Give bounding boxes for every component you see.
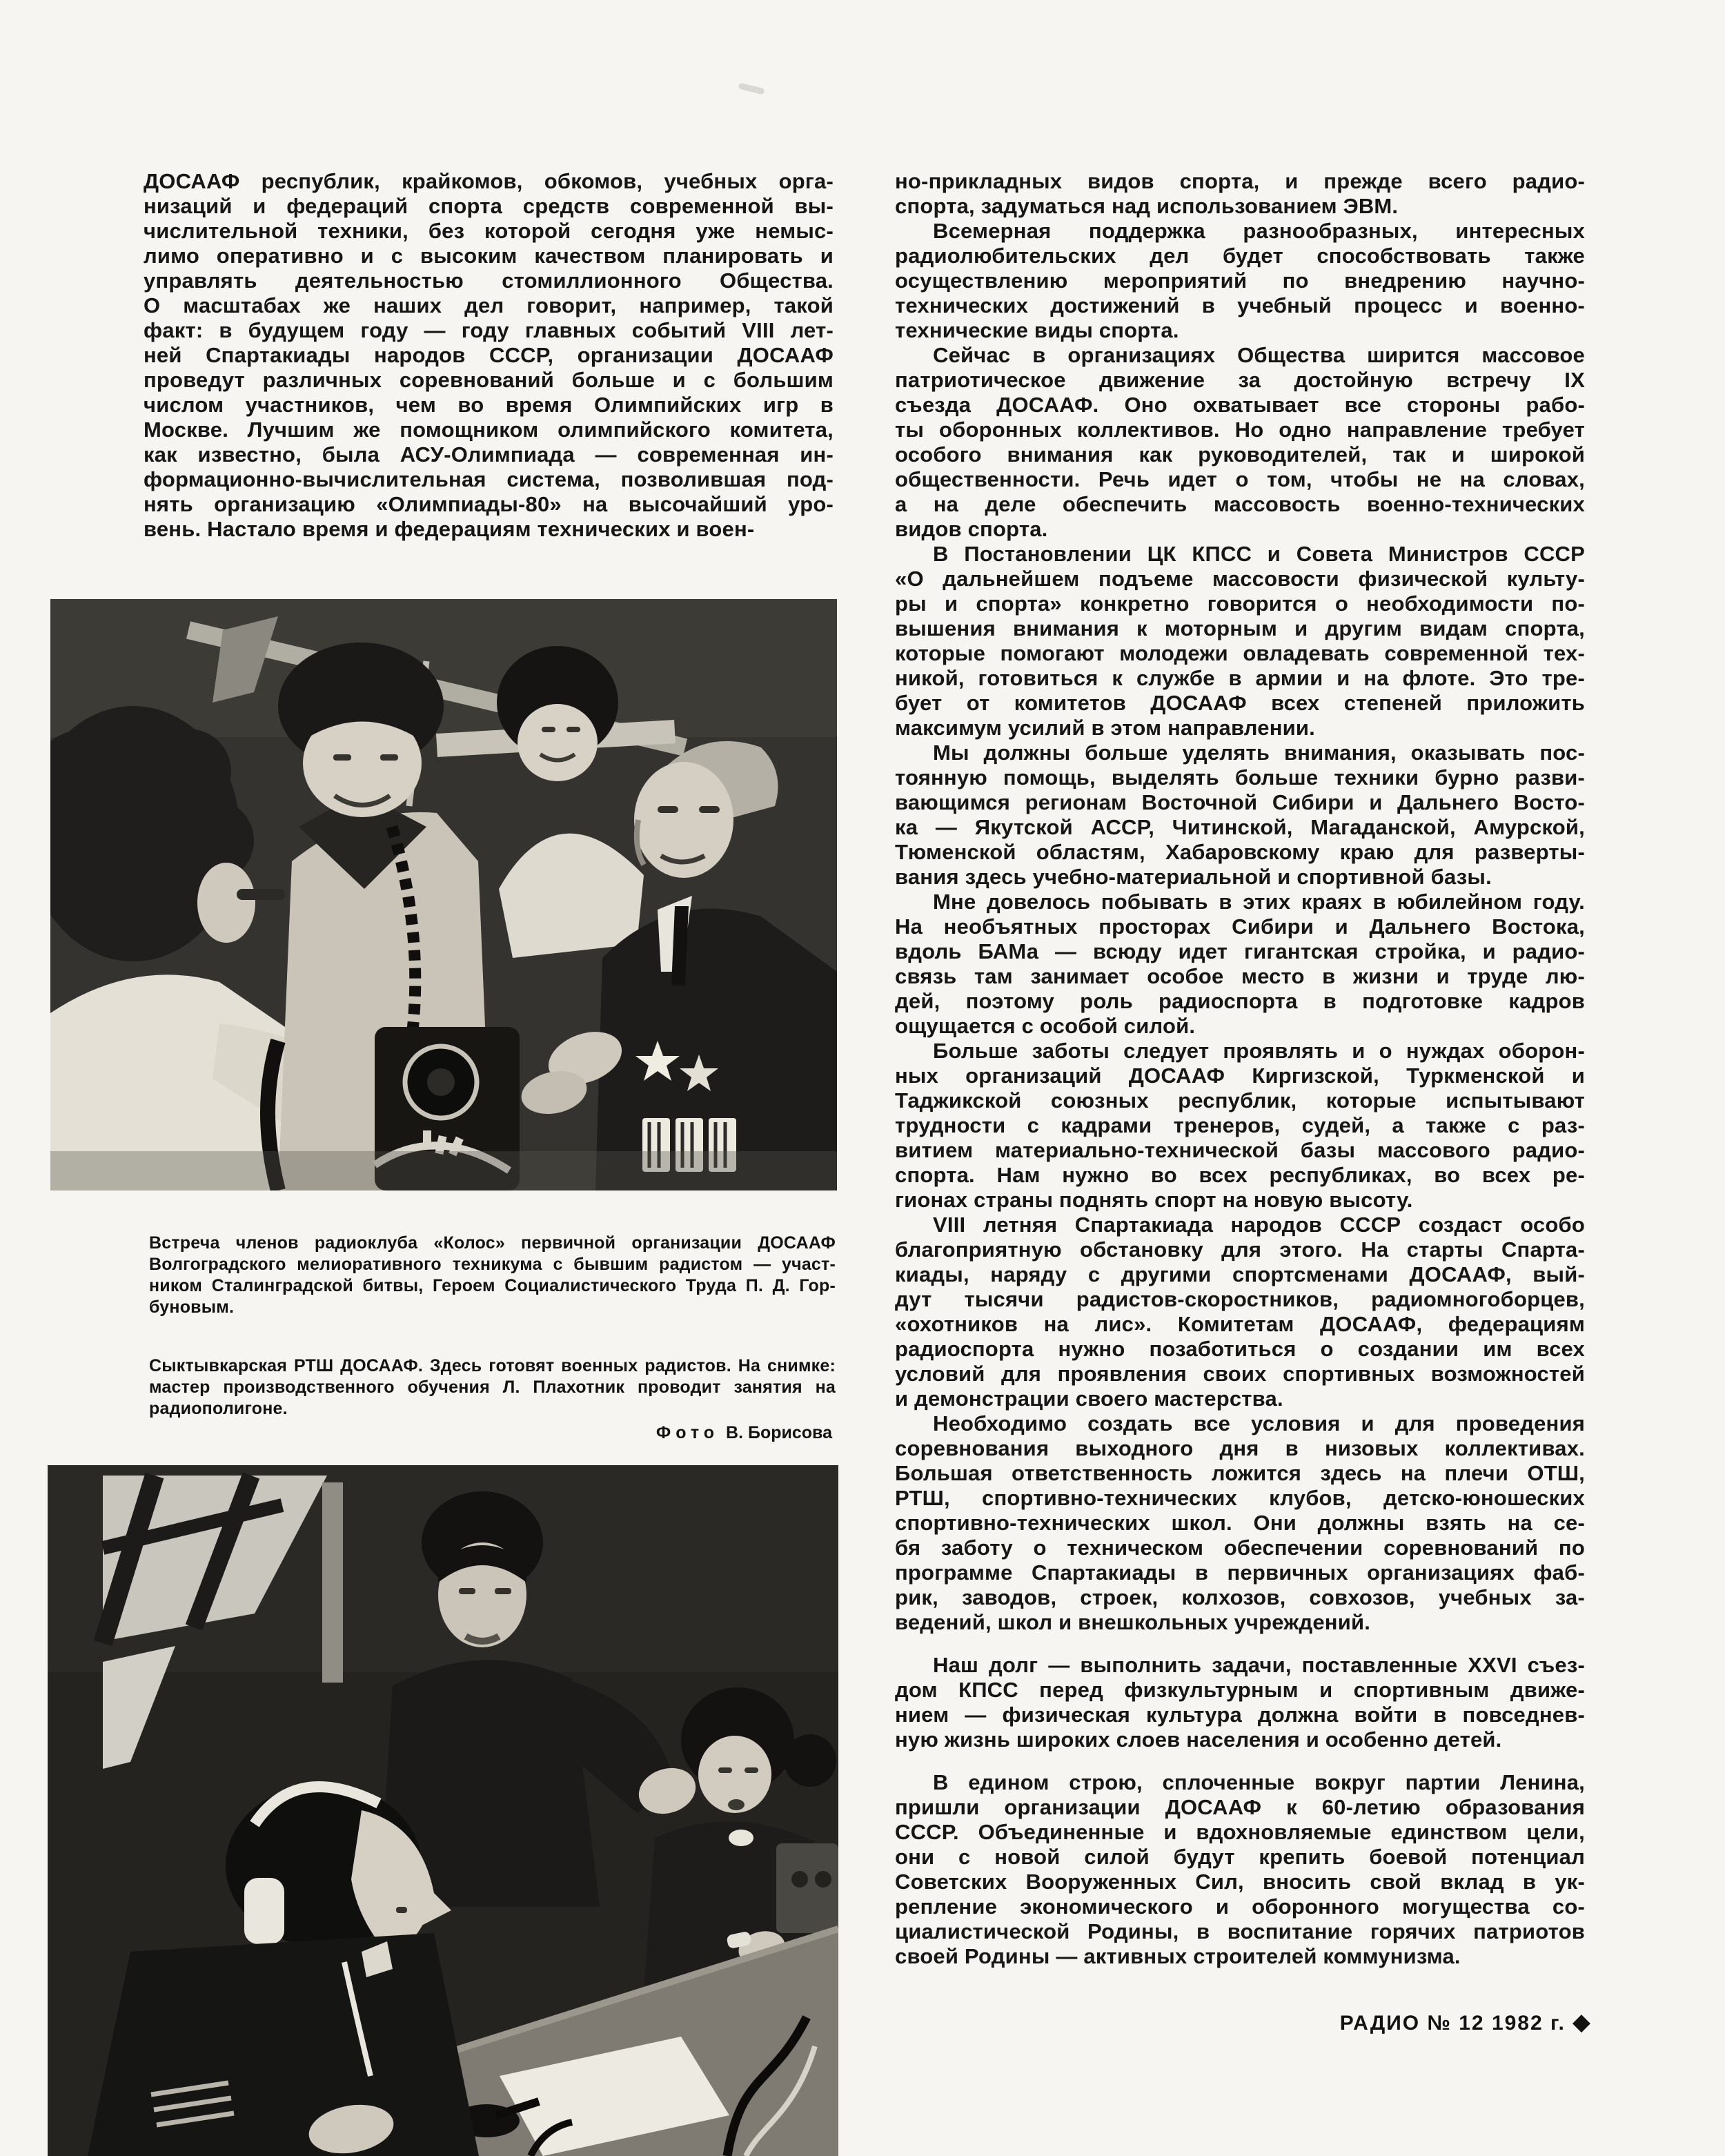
text-line: осуществлению мероприятий по внедрению н… xyxy=(895,268,1585,293)
paragraph: В Постановлении ЦК КПСС и Совета Министр… xyxy=(895,542,1585,741)
text-line: бует от комитетов ДОСААФ всех степеней п… xyxy=(895,691,1585,716)
photo-radio-school-training xyxy=(48,1465,838,2156)
text-line: съезда ДОСААФ. Оно охватывает все сторон… xyxy=(895,393,1585,418)
paragraph: Встреча членов радиоклуба «Колос» первич… xyxy=(149,1233,836,1318)
text-line: управлять деятельностью стомиллионного О… xyxy=(144,268,834,293)
text-line: технические виды спорта. xyxy=(895,318,1585,343)
paragraph: Больше заботы следует проявлять и о нужд… xyxy=(895,1039,1585,1213)
text-line: никой, готовиться к службе в армии и на … xyxy=(895,666,1585,691)
text-line: спорта. Нам нужно во всех республиках, в… xyxy=(895,1163,1585,1188)
text-line: дом КПСС перед физкультурным и спортивны… xyxy=(895,1678,1585,1703)
text-line: Наш долг — выполнить задачи, поставленны… xyxy=(895,1653,1585,1678)
text-line: особого внимания как руководителей, так … xyxy=(895,442,1585,467)
text-line: Советских Вооруженных Сил, вносить свой … xyxy=(895,1870,1585,1894)
text-line: они с новой силой будут крепить боевой п… xyxy=(895,1845,1585,1870)
photo-credit-name: В. Борисова xyxy=(726,1423,832,1442)
text-line: числом участников, чем во время Олимпийс… xyxy=(144,393,834,418)
text-line: своей Родины — активных строителей комму… xyxy=(895,1944,1585,1969)
text-line: Москве. Лучшим же помощником олимпийског… xyxy=(144,418,834,442)
photo-radio-club-meeting xyxy=(50,599,837,1190)
text-line: проведут различных соревнований больше и… xyxy=(144,368,834,393)
right-column-text: но-прикладных видов спорта, и прежде все… xyxy=(895,169,1585,1969)
text-line: трудности с кадрами тренеров, судей, а т… xyxy=(895,1113,1585,1138)
text-line: ных организаций ДОСААФ Киргизской, Туркм… xyxy=(895,1064,1585,1088)
text-line: видов спорта. xyxy=(895,517,1585,542)
paragraph: Сейчас в организациях Общества ширится м… xyxy=(895,343,1585,542)
text-line: рик, заводов, строек, колхозов, совхозов… xyxy=(895,1585,1585,1610)
text-line: патриотическое движение за достойную вст… xyxy=(895,368,1585,393)
text-line: циалистической Родины, в воспитание горя… xyxy=(895,1919,1585,1944)
text-line: а на деле обеспечить массовость военно-т… xyxy=(895,492,1585,517)
text-line: Всемерная поддержка разнообразных, интер… xyxy=(895,219,1585,244)
text-line: общественности. Речь идет о том, чтобы н… xyxy=(895,467,1585,492)
text-line: факт: в будущем году — году главных собы… xyxy=(144,318,834,343)
text-line: витием материально-технической базы масс… xyxy=(895,1138,1585,1163)
text-line: спортивно-технических школ. Они должны в… xyxy=(895,1511,1585,1536)
text-line: но-прикладных видов спорта, и прежде все… xyxy=(895,169,1585,194)
text-line: Мы должны больше уделять внимания, оказы… xyxy=(895,741,1585,765)
paragraph: но-прикладных видов спорта, и прежде все… xyxy=(895,169,1585,219)
text-line: пришли организации ДОСААФ к 60-летию обр… xyxy=(895,1795,1585,1820)
text-line: числительной техники, без которой сегодн… xyxy=(144,219,834,244)
text-line: бя заботу о техническом обеспечении соре… xyxy=(895,1536,1585,1560)
photo-credit-label: Фото xyxy=(656,1423,719,1442)
text-line: условий для проявления своих спортивных … xyxy=(895,1362,1585,1386)
text-line: вдоль БАМа — всюду идет гигантская строй… xyxy=(895,939,1585,964)
diamond-icon: ◆ xyxy=(1573,2009,1590,2035)
text-line: соревнования выходного дня в низовых кол… xyxy=(895,1436,1585,1461)
text-line: ощущается с особой силой. xyxy=(895,1014,1585,1039)
text-line: Больше заботы следует проявлять и о нужд… xyxy=(895,1039,1585,1064)
scan-smudge xyxy=(738,83,765,95)
text-line: Необходимо создать все условия и для про… xyxy=(895,1411,1585,1436)
text-line: СССР. Объединенные и вдохновляемые единс… xyxy=(895,1820,1585,1845)
text-line: ДОСААФ республик, крайкомов, обкомов, уч… xyxy=(144,169,834,194)
paragraph: В едином строю, сплоченные вокруг партии… xyxy=(895,1770,1585,1969)
paragraph: ДОСААФ республик, крайкомов, обкомов, уч… xyxy=(144,169,834,542)
paragraph: Необходимо создать все условия и для про… xyxy=(895,1411,1585,1635)
text-line: вания здесь учебно-материальной и спорти… xyxy=(895,865,1585,890)
text-line: РТШ, спортивно-технических клубов, детск… xyxy=(895,1486,1585,1511)
text-line: О масштабах же наших дел говорит, наприм… xyxy=(144,293,834,318)
text-line: ную жизнь широких слоев населения и особ… xyxy=(895,1727,1585,1752)
text-line: максимум усилий в этом направлении. xyxy=(895,716,1585,741)
text-line: репление экономического и оборонного мог… xyxy=(895,1894,1585,1919)
text-line: связь там занимает особое место в жизни … xyxy=(895,964,1585,989)
text-line: VIII летняя Спартакиада народов СССР соз… xyxy=(895,1213,1585,1237)
page-footer: РАДИО № 12 1982 г.◆ xyxy=(895,2008,1590,2036)
text-line: гионах страны поднять спорт на новую выс… xyxy=(895,1188,1585,1213)
text-line: программе Спартакиады в первичных органи… xyxy=(895,1560,1585,1585)
text-line: буновым. xyxy=(149,1297,836,1318)
text-line: Таджикской союзных республик, которые ис… xyxy=(895,1088,1585,1113)
paragraph: Мне довелось побывать в этих краях в юби… xyxy=(895,890,1585,1039)
text-line: радиоспорта нужно позаботиться о создани… xyxy=(895,1337,1585,1362)
text-line: В едином строю, сплоченные вокруг партии… xyxy=(895,1770,1585,1795)
text-line: «О дальнейшем подъеме массовости физичес… xyxy=(895,567,1585,591)
text-line: В Постановлении ЦК КПСС и Совета Министр… xyxy=(895,542,1585,567)
text-line: киады, наряду с другими спортсменами ДОС… xyxy=(895,1262,1585,1287)
paragraph: Всемерная поддержка разнообразных, интер… xyxy=(895,219,1585,343)
paragraph: Сыктывкарская РТШ ДОСААФ. Здесь готовят … xyxy=(149,1355,836,1420)
text-line: радиолюбительских дел будет способствова… xyxy=(895,244,1585,268)
text-line: ка — Якутской АССР, Читинской, Магаданск… xyxy=(895,815,1585,840)
text-line: Большая ответственность ложится здесь на… xyxy=(895,1461,1585,1486)
text-line: тоянную помощь, выделять больше техники … xyxy=(895,765,1585,790)
text-line: которые помогают молодежи овладевать сов… xyxy=(895,641,1585,666)
text-line: как известно, была АСУ-Олимпиада — совре… xyxy=(144,442,834,467)
text-line: спорта, задуматься над использованием ЭВ… xyxy=(895,194,1585,219)
text-line: Сейчас в организациях Общества ширится м… xyxy=(895,343,1585,368)
text-line: Встреча членов радиоклуба «Колос» первич… xyxy=(149,1233,836,1254)
text-line: вышения внимания к моторным и другим вид… xyxy=(895,616,1585,641)
text-line: ней Спартакиады народов СССР, организаци… xyxy=(144,343,834,368)
text-line: ры и спорта» конкретно говорится о необх… xyxy=(895,591,1585,616)
text-line: лимо оперативно и с высоким качеством пл… xyxy=(144,244,834,268)
photo-radio-school-training-image xyxy=(48,1465,838,2156)
text-line: вающимся регионам Восточной Сибири и Дал… xyxy=(895,790,1585,815)
text-line: низаций и федераций спорта средств совре… xyxy=(144,194,834,219)
text-line: дей, поэтому роль радиоспорта в подготов… xyxy=(895,989,1585,1014)
text-line: формационно-вычислительная система, позв… xyxy=(144,467,834,492)
photo1-caption: Встреча членов радиоклуба «Колос» первич… xyxy=(149,1233,836,1318)
left-column-text: ДОСААФ республик, крайкомов, обкомов, уч… xyxy=(144,169,834,542)
paragraph: Наш долг — выполнить задачи, поставленны… xyxy=(895,1653,1585,1752)
text-line: Мне довелось побывать в этих краях в юби… xyxy=(895,890,1585,914)
text-line: ведений, школ и внешкольных учреждений. xyxy=(895,1610,1585,1635)
text-line: благоприятную обстановку для этого. На с… xyxy=(895,1237,1585,1262)
text-line: Сыктывкарская РТШ ДОСААФ. Здесь готовят … xyxy=(149,1355,836,1377)
text-line: радиополигоне. xyxy=(149,1398,836,1420)
text-line: Тюменской областям, Хабаровскому краю дл… xyxy=(895,840,1585,865)
text-line: нять организацию «Олимпиады-80» на высоч… xyxy=(144,492,834,517)
photo-credit: ФотоВ. Борисова xyxy=(149,1423,832,1443)
footer-issue-text: РАДИО № 12 1982 г. xyxy=(1340,2012,1566,2035)
text-line: ником Сталинградской битвы, Героем Социа… xyxy=(149,1275,836,1297)
paragraph: Мы должны больше уделять внимания, оказы… xyxy=(895,741,1585,890)
text-line: вень. Настало время и федерациям техниче… xyxy=(144,517,834,542)
magazine-page: { "page": { "publication": "РАДИО", "bac… xyxy=(0,0,1725,2156)
text-line: На необъятных просторах Сибири и Дальнег… xyxy=(895,914,1585,939)
text-line: технических достижений в учебный процесс… xyxy=(895,293,1585,318)
text-line: и демонстрации своего мастерства. xyxy=(895,1386,1585,1411)
text-line: Волгоградского мелиоративного техникума … xyxy=(149,1254,836,1275)
text-line: «охотников на лис». Комитетам ДОСААФ, фе… xyxy=(895,1312,1585,1337)
photo2-caption: Сыктывкарская РТШ ДОСААФ. Здесь готовят … xyxy=(149,1355,836,1420)
photo-radio-club-meeting-image xyxy=(50,599,837,1190)
text-line: мастер производственного обучения Л. Пла… xyxy=(149,1377,836,1398)
paragraph: VIII летняя Спартакиада народов СССР соз… xyxy=(895,1213,1585,1411)
text-line: нием — физическая культура должна войти … xyxy=(895,1703,1585,1727)
text-line: ты оборонных коллективов. Но одно направ… xyxy=(895,418,1585,442)
text-line: дут тысячи радистов-скоростников, радиом… xyxy=(895,1287,1585,1312)
